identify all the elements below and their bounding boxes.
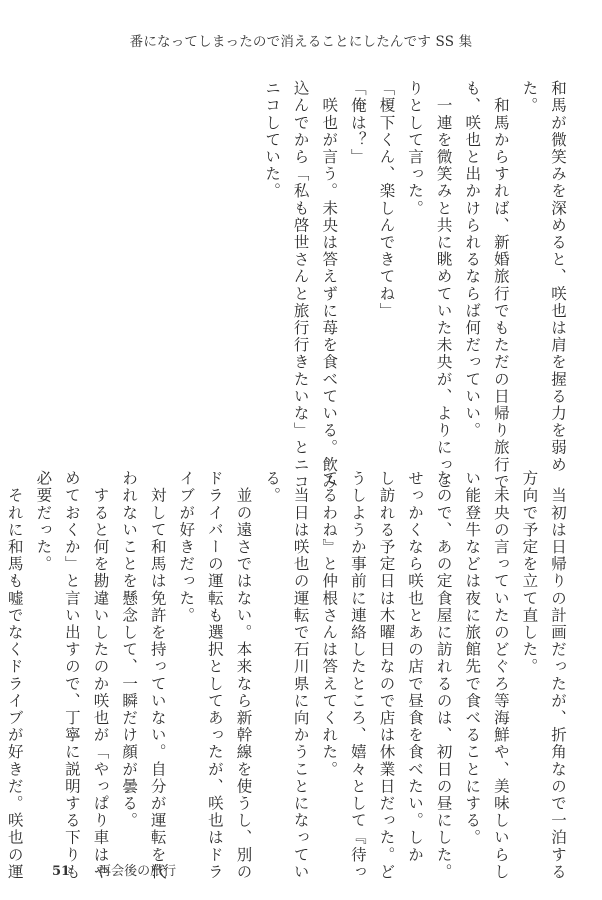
running-header: 番になってしまったので消えることにしたんです SS 集 — [0, 30, 602, 50]
text-line: る。 — [257, 470, 286, 840]
text-line: 対して和馬は免許を持っていない。自分が運転を代 — [143, 470, 172, 840]
text-block-upper: 和馬が微笑みを深めると、咲也は肩を握る力を弱め た。 和馬からすれば、新婚旅行で… — [257, 80, 572, 450]
text-line: なので、あの定食屋に訪れるのは、初日の昼にした。 — [429, 470, 458, 840]
chapter-title: 再会後の旅行 — [98, 864, 176, 879]
page-footer: 51 再会後の旅行 — [52, 860, 176, 879]
text-line: 未央の言っていたのどぐろ等海鮮や、美味しいらし — [486, 470, 515, 840]
text-line: た。 — [515, 80, 544, 450]
text-block-lower: 当初は日帰りの計画だったが、折角なので一泊する 方向で予定を立て直した。 未央の… — [0, 470, 572, 840]
text-line: ドライバーの運転も選択としてあったが、咲也はドラ — [200, 470, 229, 840]
text-line: 「榎下くん、楽しんできてね」 — [372, 80, 401, 450]
text-line: われないことを懸念して、一瞬だけ顔が曇る。 — [115, 470, 144, 840]
text-line: ニコしていた。 — [257, 80, 286, 450]
text-line: も、咲也と出かけられるならば何だっていい。 — [458, 80, 487, 450]
text-line: 咲也が言う。未央は答えずに苺を食べている。飲み — [315, 80, 344, 450]
text-line: 一連を微笑みと共に眺めていた未央が、よりにっこ — [429, 80, 458, 450]
text-line: 当日は咲也の運転で石川県に向かうことになってい — [286, 470, 315, 840]
text-line: 方向で予定を立て直した。 — [515, 470, 544, 840]
text-line: うしようか事前に連絡したところ、嬉々として『待っ — [343, 470, 372, 840]
text-line: せっかくなら咲也とあの店で昼食を食べたい。しか — [400, 470, 429, 840]
text-line: めておくか」と言い出すので、丁寧に説明する下りも — [57, 470, 86, 840]
page-number: 51 — [52, 864, 94, 879]
text-line: 必要だった。 — [29, 470, 58, 840]
text-line: 当初は日帰りの計画だったが、折角なので一泊する — [543, 470, 572, 840]
text-line: りとして言った。 — [400, 80, 429, 450]
text-line: 和馬が微笑みを深めると、咲也は肩を握る力を弱め — [543, 80, 572, 450]
text-line: 並の遠さではない。本来なら新幹線を使うし、別の — [229, 470, 258, 840]
text-line: 込んでから「私も啓世さんと旅行行きたいな」とニコ — [286, 80, 315, 450]
text-line: すると何を勘違いしたのか咲也が「やっぱり車はや — [86, 470, 115, 840]
text-line: 「俺は？」 — [343, 80, 372, 450]
text-line: それに和馬も嘘でなくドライブが好きだ。咲也の運 — [0, 470, 29, 840]
text-line: い能登牛などは夜に旅館先で食べることにする。 — [458, 470, 487, 840]
text-line: 和馬からすれば、新婚旅行でもただの日帰り旅行で — [486, 80, 515, 450]
text-line: イブが好きだった。 — [172, 470, 201, 840]
text-line: し訪れる予定日は木曜日なので店は休業日だった。ど — [372, 470, 401, 840]
text-line: てるわね』と仲根さんは答えてくれた。 — [315, 470, 344, 840]
